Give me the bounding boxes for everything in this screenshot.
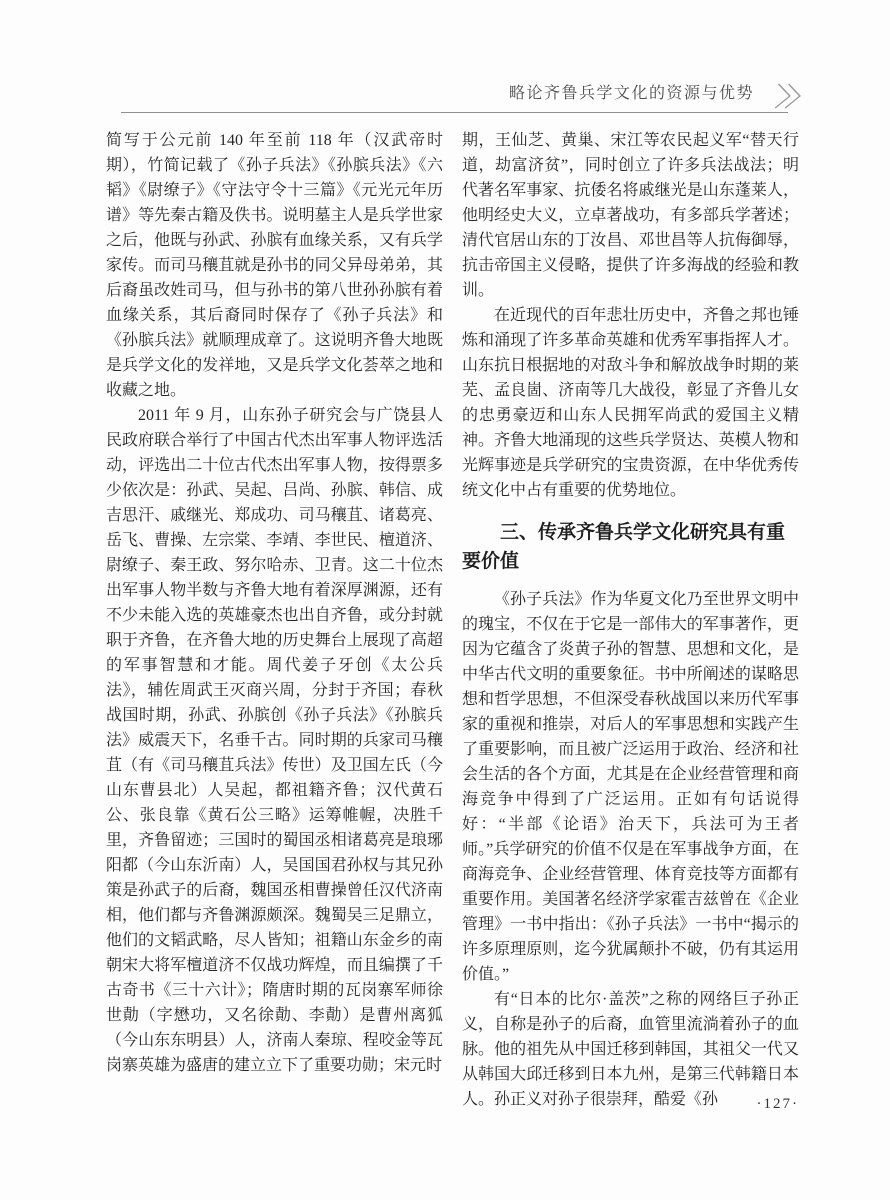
page-number: ·127· [462, 1096, 799, 1113]
body-paragraph: 2011 年 9 月，山东孙子研究会与广饶县人民政府联合举行了中国古代杰出军事人… [106, 403, 443, 1078]
left-column: 简写于公元前 140 年至前 118 年（汉武帝时期），竹简记载了《孙子兵法》《… [106, 128, 443, 1078]
section-heading: 三、传承齐鲁兵学文化研究具有重要价值 [462, 518, 799, 576]
double-chevron-icon [771, 81, 805, 113]
page-header: 略论齐鲁兵学文化的资源与优势 [121, 78, 788, 113]
right-column: 期，王仙芝、黄巢、宋江等农民起义军“替天行道，劫富济贫”，同时创立了许多兵法战法… [462, 128, 799, 1112]
running-head-title: 略论齐鲁兵学文化的资源与优势 [509, 78, 788, 110]
body-paragraph: 在近现代的百年悲壮历史中，齐鲁之邦也锤炼和涌现了许多革命英雄和优秀军事指挥人才。… [462, 303, 799, 503]
body-paragraph: 有“日本的比尔·盖茨”之称的网络巨子孙正义，自称是孙子的后裔，血管里流淌着孙子的… [462, 987, 799, 1112]
body-paragraph-continuation: 期，王仙芝、黄巢、宋江等农民起义军“替天行道，劫富济贫”，同时创立了许多兵法战法… [462, 128, 799, 303]
body-paragraph-continuation: 简写于公元前 140 年至前 118 年（汉武帝时期），竹简记载了《孙子兵法》《… [106, 128, 443, 403]
body-paragraph: 《孙子兵法》作为华夏文化乃至世界文明中的瑰宝，不仅在于它是一部伟大的军事著作，更… [462, 587, 799, 987]
document-page: 略论齐鲁兵学文化的资源与优势 简写于公元前 140 年至前 118 年（汉武帝时… [0, 0, 890, 1200]
